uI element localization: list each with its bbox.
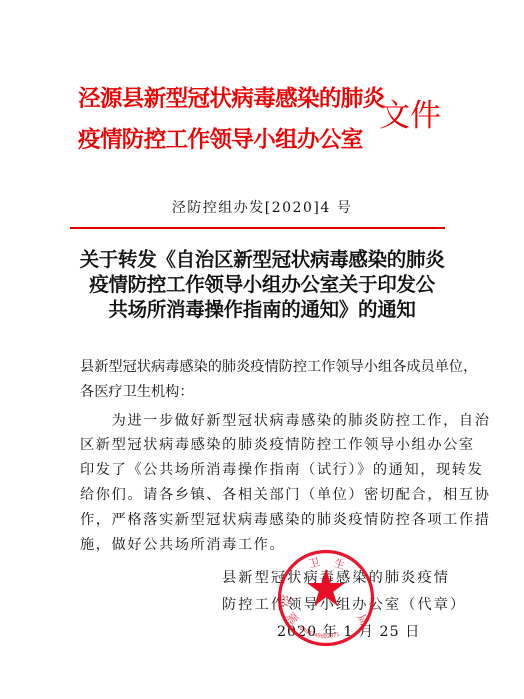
- signature-line-1: 县新型冠状病毒感染的肺炎疫情: [222, 568, 450, 588]
- red-divider-line: [70, 227, 445, 229]
- signature-date: 2020 年 1 月 25 日: [277, 622, 420, 642]
- issuer-name-line-2: 疫情防控工作领导小组办公室: [78, 127, 363, 153]
- salutation-line-1: 县新型冠状病毒感染的肺炎疫情防控工作领导小组各成员单位，: [80, 357, 477, 377]
- salutation-line-2: 各医疗卫生机构：: [80, 382, 194, 402]
- body-paragraph-line: 作，严格落实新型冠状病毒感染的肺炎疫情防控各项工作措: [80, 510, 490, 530]
- document-number: 泾防控组办发[2020]4 号: [0, 199, 524, 217]
- subject-title-line-3: 共场所消毒操作指南的通知》的通知: [0, 298, 524, 322]
- body-paragraph-line: 施，做好公共场所消毒工作。: [80, 535, 285, 555]
- body-paragraph-line: 印发了《公共场所消毒操作指南（试行）》的通知，现转发: [80, 460, 483, 480]
- body-paragraph-line: 给你们。请各乡镇、各相关部门（单位）密切配合，相互协: [80, 485, 490, 505]
- signature-line-2: 防控工作领导小组办公室（代章）: [222, 595, 466, 615]
- subject-title-line-2: 疫情防控工作领导小组办公室关于印发公: [0, 273, 524, 297]
- document-type-label: 文件: [379, 98, 441, 134]
- issuer-name-line-1: 泾源县新型冠状病毒感染的肺炎: [78, 86, 385, 112]
- subject-title-line-1: 关于转发《自治区新型冠状病毒感染的肺炎: [0, 248, 524, 272]
- body-paragraph-line: 区新型冠状病毒感染的肺炎疫情防控工作领导小组办公室: [80, 435, 475, 455]
- body-paragraph-line: 为进一步做好新型冠状病毒感染的肺炎防控工作，自治: [80, 411, 490, 431]
